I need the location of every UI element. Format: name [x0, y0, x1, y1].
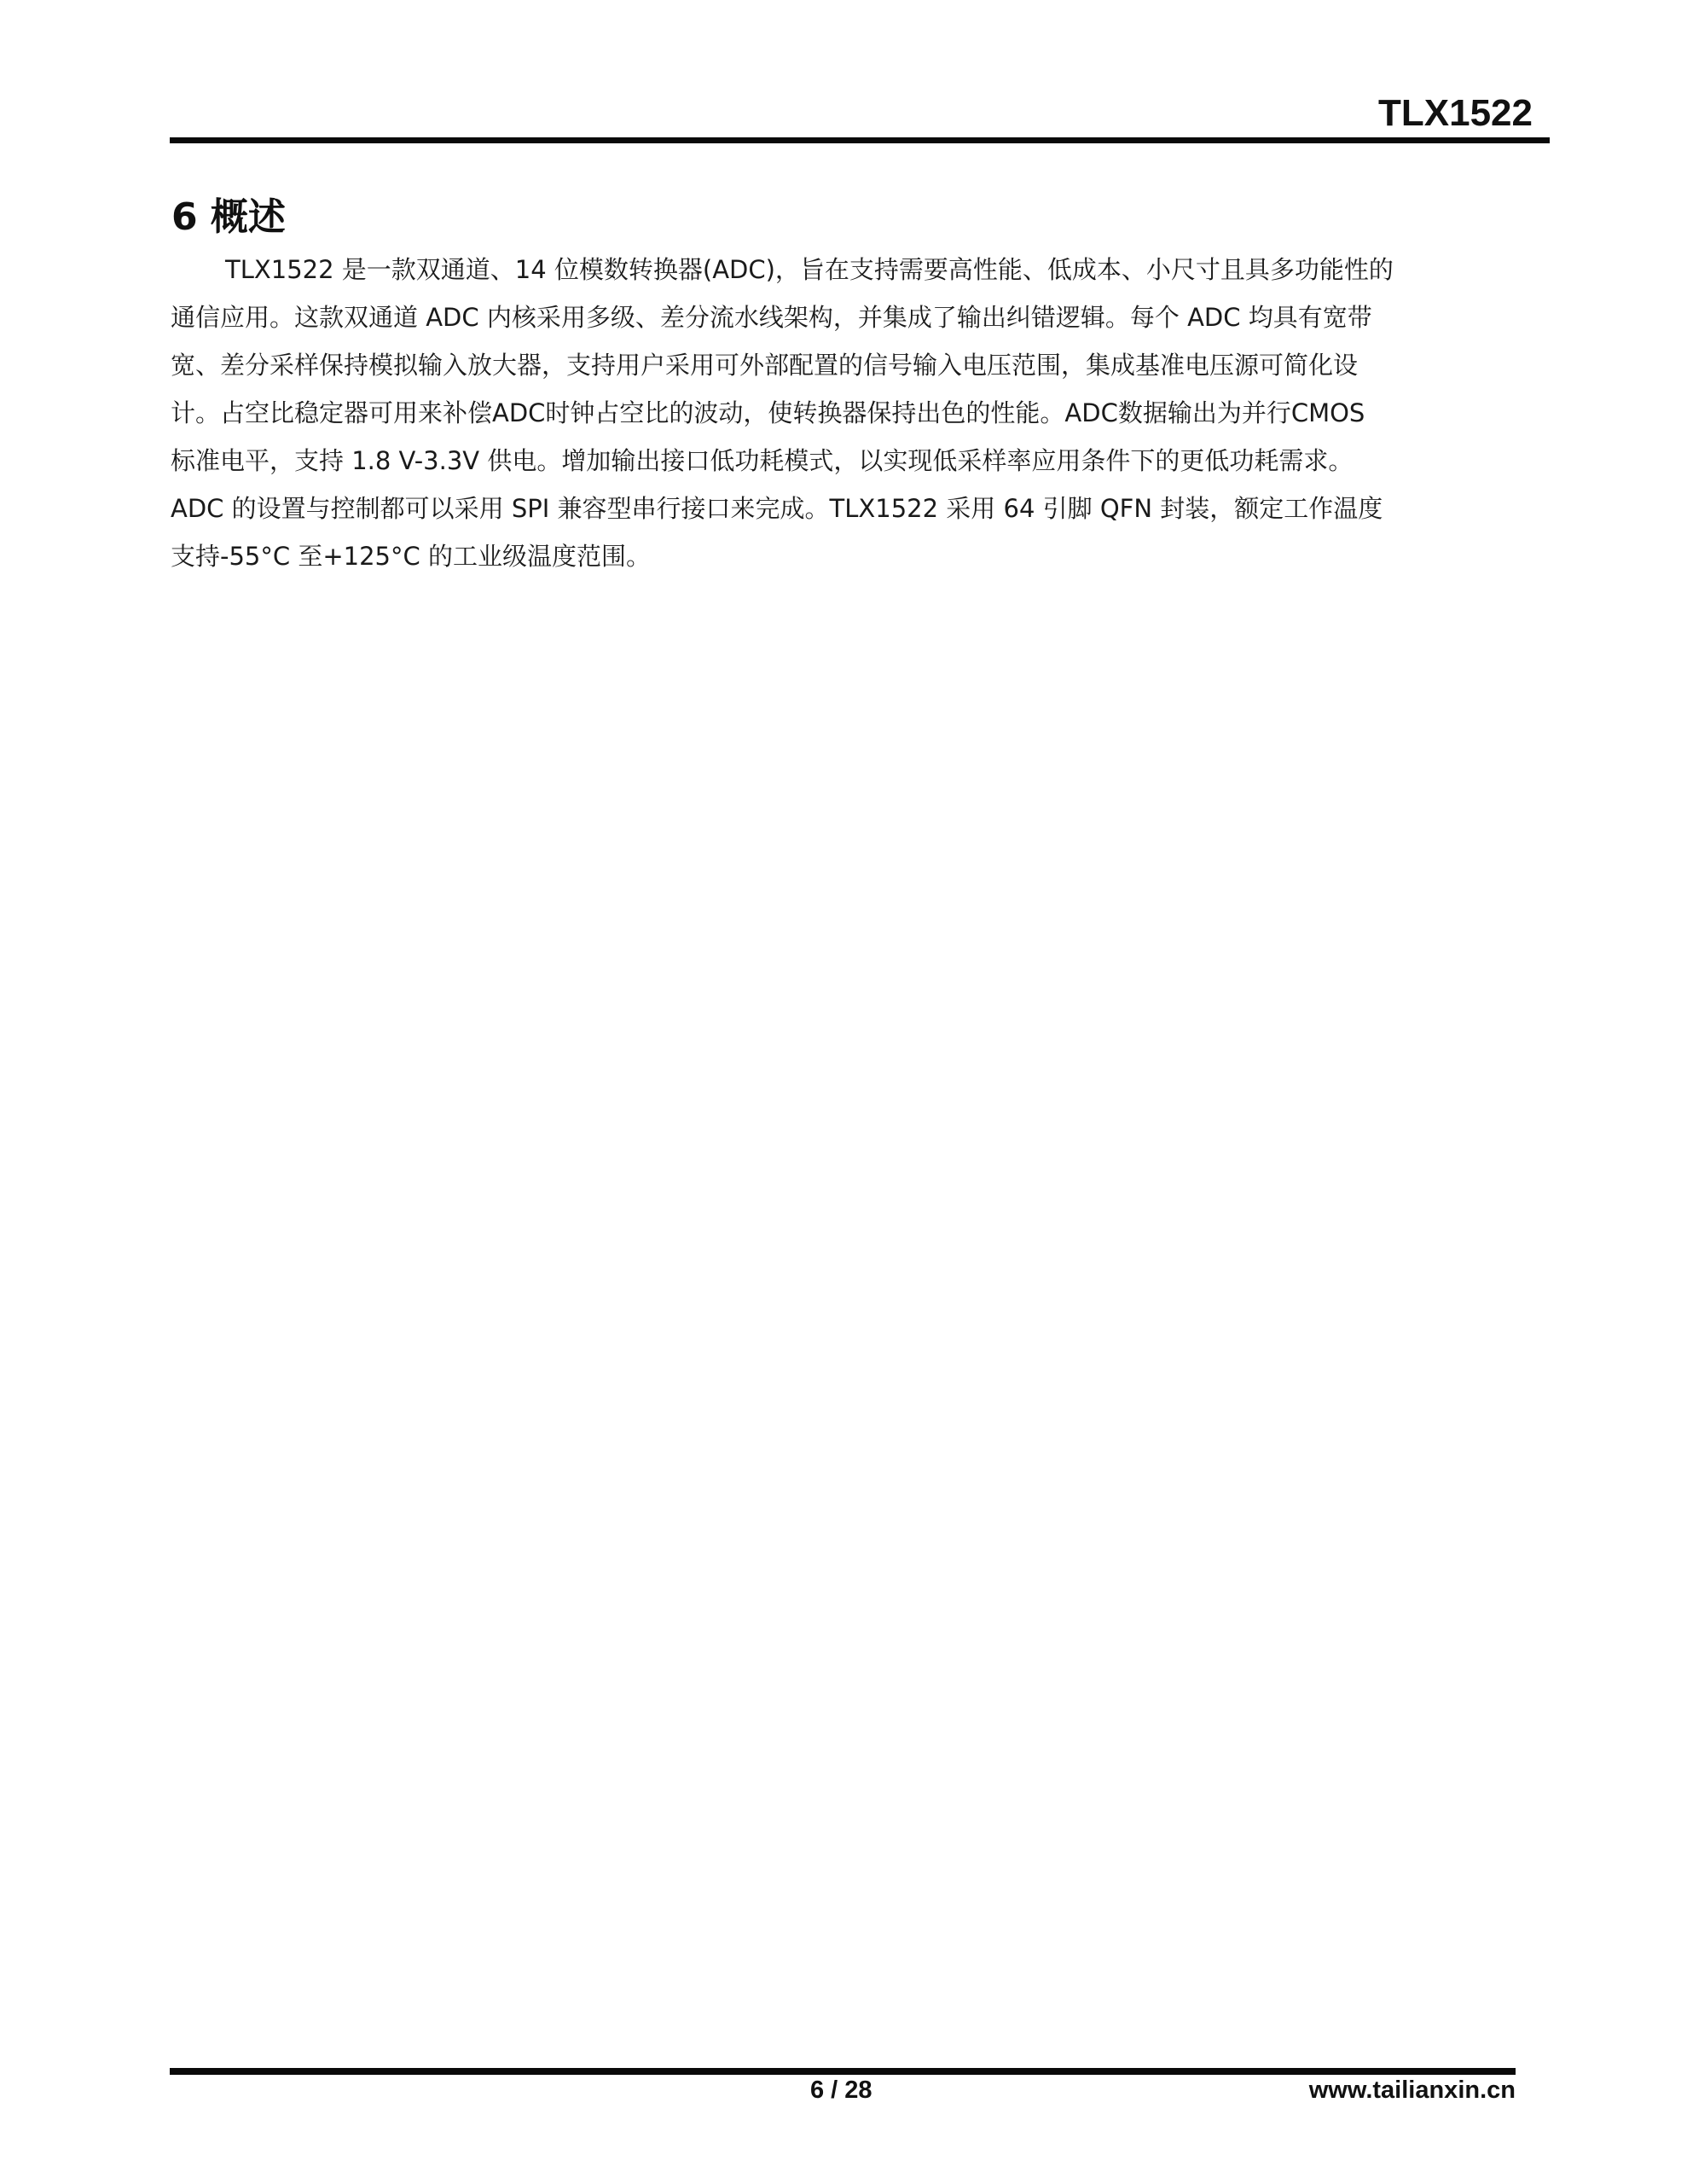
paragraph-line: TLX1522 是一款双通道、14 位模数转换器(ADC)，旨在支持需要高性能、…	[171, 246, 1516, 293]
section-heading: 6 概述	[171, 186, 286, 241]
page-number: 6 / 28	[810, 2077, 872, 2105]
paragraph-line: ADC 的设置与控制都可以采用 SPI 兼容型串行接口来完成。TLX1522 采…	[171, 485, 1516, 532]
document-header-title: TLX1522	[1378, 92, 1533, 135]
footer-divider	[170, 2068, 1516, 2075]
paragraph-line: 计。占空比稳定器可用来补偿ADC时钟占空比的波动，使转换器保持出色的性能。ADC…	[171, 389, 1516, 437]
paragraph-line: 支持-55°C 至+125°C 的工业级温度范围。	[171, 532, 1516, 580]
overview-paragraph: TLX1522 是一款双通道、14 位模数转换器(ADC)，旨在支持需要高性能、…	[171, 246, 1516, 580]
paragraph-line: 标准电平，支持 1.8 V-3.3V 供电。增加输出接口低功耗模式，以实现低采样…	[171, 437, 1516, 485]
footer-website: www.tailianxin.cn	[1309, 2077, 1516, 2105]
header-divider	[170, 137, 1550, 143]
paragraph-line: 通信应用。这款双通道 ADC 内核采用多级、差分流水线架构，并集成了输出纠错逻辑…	[171, 293, 1516, 341]
paragraph-line: 宽、差分采样保持模拟输入放大器，支持用户采用可外部配置的信号输入电压范围，集成基…	[171, 341, 1516, 389]
